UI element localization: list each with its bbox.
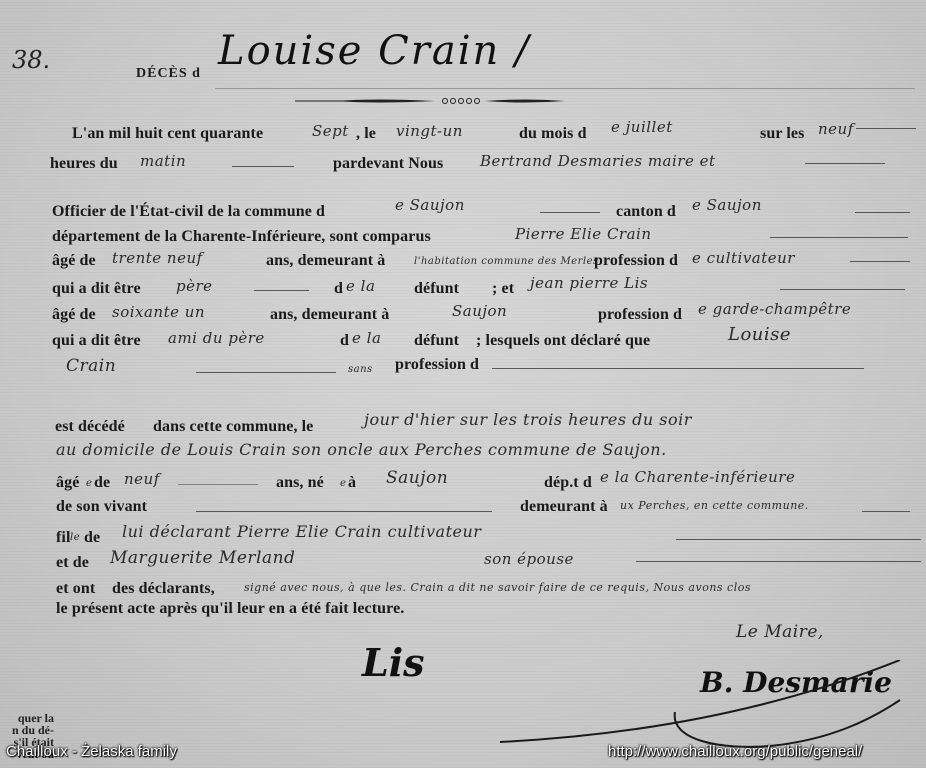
text-ans-ne: ans, né <box>276 474 324 492</box>
hand-declarant2-profession: e garde-champêtre <box>698 300 851 318</box>
fill-line <box>855 212 910 213</box>
text-demeurant-a: demeurant à <box>520 498 608 516</box>
hand-sans: sans <box>348 364 373 375</box>
hand-declarant2-residence: Saujon <box>452 302 507 320</box>
fill-line <box>780 289 905 290</box>
hand-mother-relation: son épouse <box>484 550 574 568</box>
text-est-decede: est décédé <box>55 418 125 436</box>
hand-day: vingt-un <box>396 122 463 140</box>
fill-line <box>770 237 908 238</box>
civil-death-record-page: 38. DÉCÈS d Louise Crain / L'an mil huit… <box>0 0 926 768</box>
hand-signing-clause: signé avec nous, à que les. Crain a dit … <box>244 581 751 594</box>
hand-e-2: e <box>340 478 346 489</box>
hand-birthplace: Saujon <box>386 468 448 488</box>
fill-line <box>254 290 309 291</box>
record-number: 38. <box>12 46 50 74</box>
fill-line <box>178 484 258 485</box>
text-closing-statement: le présent acte après qu'il leur en a ét… <box>56 600 404 618</box>
text-pardevant-nous: pardevant Nous <box>333 155 443 173</box>
text-defunt: défunt <box>414 280 459 298</box>
text-de-son-vivant: de son vivant <box>56 498 147 516</box>
text-defunt-2: défunt <box>414 332 459 350</box>
text-et: ; et <box>492 280 514 298</box>
hand-declarant2-age: soixante un <box>112 303 205 321</box>
text-de-2: de <box>84 529 100 547</box>
text-age-de-2: âgé de <box>52 306 96 324</box>
fill-line <box>540 212 600 213</box>
text-profession-2: profession d <box>598 306 682 324</box>
hand-declarant1-profession: e cultivateur <box>692 249 795 267</box>
hand-month: e juillet <box>611 118 673 136</box>
fill-line <box>805 163 885 164</box>
ornament-divider-icon <box>295 97 575 105</box>
fill-line <box>636 561 921 562</box>
text-fil: fil <box>56 529 71 547</box>
text-des-declarants: des déclarants, <box>112 580 215 598</box>
watermark-family: Chailloux - Żelaska family <box>6 743 177 760</box>
hand-declarant2-name: jean pierre Lis <box>530 274 648 292</box>
hand-la-2: e la <box>352 329 381 347</box>
text-le: , le <box>356 125 376 143</box>
mayor-title: Le Maire, <box>736 622 824 642</box>
text-sur-les: sur les <box>760 125 804 143</box>
text-et-de: et de <box>56 554 89 572</box>
hand-declarant1-residence: l'habitation commune des Merles <box>414 256 599 267</box>
fill-line <box>232 166 294 167</box>
witness-signature: Lis <box>362 640 425 685</box>
text-ans-demeurant: ans, demeurant à <box>266 252 385 270</box>
hand-hour: neuf <box>818 120 854 138</box>
hand-father: lui déclarant Pierre Elie Crain cultivat… <box>122 522 481 541</box>
text-canton: canton d <box>616 203 676 221</box>
text-qui-a-dit-etre: qui a dit être <box>52 280 141 298</box>
text-a: à <box>348 474 356 492</box>
hand-declarant1-name: Pierre Elie Crain <box>515 225 652 243</box>
fill-line <box>850 261 910 262</box>
text-officier-commune: Officier de l'État-civil de la commune d <box>52 203 325 221</box>
text-dept: dép.t d <box>544 474 592 492</box>
text-du-mois: du mois d <box>519 125 587 143</box>
hand-la: e la <box>346 277 375 295</box>
fill-line <box>196 511 492 512</box>
text-ans-demeurant-2: ans, demeurant à <box>270 306 389 324</box>
hand-year: Sept <box>312 122 349 140</box>
text-age: âgé <box>56 474 79 492</box>
hand-birth-department: e la Charente-inférieure <box>600 468 795 486</box>
fill-line <box>856 128 916 129</box>
text-de: de <box>94 474 110 492</box>
hand-deceased-residence: ux Perches, en cette commune. <box>620 499 809 512</box>
hand-declarant1-relation: père <box>176 277 213 295</box>
text-profession-deceased: profession d <box>395 356 479 374</box>
hand-officer-name: Bertrand Desmaries maire et <box>480 152 716 170</box>
hand-le: le <box>70 532 80 543</box>
fill-line <box>676 539 921 540</box>
text-age-de: âgé de <box>52 252 96 270</box>
hand-declarant2-relation: ami du père <box>168 329 265 347</box>
hand-e: e <box>86 478 92 489</box>
fill-line <box>196 372 336 373</box>
text-heures-du: heures du <box>50 155 118 173</box>
text-d-2: d <box>340 332 349 350</box>
hand-date-of-death: jour d'hier sur les trois heures du soir <box>364 410 692 429</box>
text-d: d <box>334 280 343 298</box>
fill-line <box>492 368 864 369</box>
hand-place-of-death: au domicile de Louis Crain son oncle aux… <box>56 440 667 459</box>
text-qui-a-dit-etre-2: qui a dit être <box>52 332 141 350</box>
deceased-name: Louise Crain / <box>218 28 530 74</box>
watermark-url: http://www.chailloux.org/public/geneal/ <box>608 743 862 760</box>
text-profession: profession d <box>594 252 678 270</box>
hand-declarant1-age: trente neuf <box>112 249 203 267</box>
hand-time-of-day: matin <box>140 152 186 170</box>
hand-deceased-surname: Crain <box>66 356 116 376</box>
hand-canton: e Saujon <box>692 196 762 214</box>
hand-deceased-first-name: Louise <box>728 324 791 345</box>
text-et-ont: et ont <box>56 580 95 598</box>
text-dans-cette-commune: dans cette commune, le <box>153 418 313 436</box>
heading-underline <box>215 88 915 89</box>
fill-line <box>862 511 910 512</box>
hand-deceased-age: neuf <box>124 470 160 488</box>
text-lesquels-ont-declare: ; lesquels ont déclaré que <box>476 332 650 350</box>
text-year-intro: L'an mil huit cent quarante <box>72 125 263 143</box>
hand-commune: e Saujon <box>395 196 465 214</box>
text-departement-comparus: département de la Charente-Inférieure, s… <box>52 228 431 246</box>
record-heading-label: DÉCÈS d <box>136 66 201 82</box>
hand-mother: Marguerite Merland <box>110 548 295 568</box>
